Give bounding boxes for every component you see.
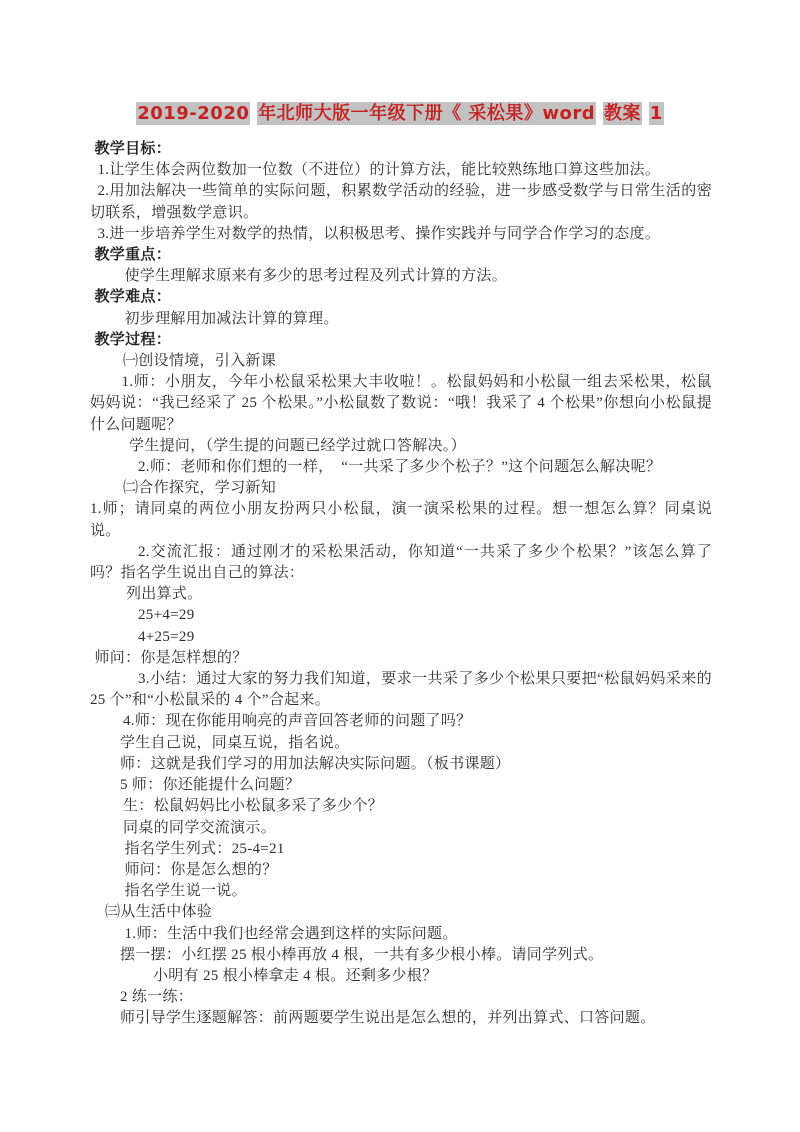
- paragraph: 同桌的同学交流演示。: [90, 818, 712, 839]
- paragraph: 学生提问，（学生提的问题已经学过就口答解决。）: [90, 436, 712, 457]
- document-body: 教学目标：1.让学生体会两位数加一位数（不进位）的计算方法，能比较熟练地口算这些…: [90, 139, 712, 1030]
- document-page: 2019-2020 年北师大版一年级下册《 采松果》word 教案 1 教学目标…: [0, 0, 800, 1132]
- paragraph: 生：松鼠妈妈比小松鼠多采了多少个？: [90, 796, 712, 817]
- paragraph: 使学生理解求原来有多少的思考过程及列式计算的方法。: [90, 266, 712, 287]
- section-heading: 教学过程：: [90, 330, 712, 351]
- title-segment: 1: [649, 102, 664, 125]
- paragraph: 2.交流汇报：通过刚才的采松果活动，你知道“一共采了多少个松果？”该怎么算了吗？…: [90, 542, 712, 584]
- paragraph: 指名学生列式：25-4=21: [90, 839, 712, 860]
- paragraph: ㈢从生活中体验: [90, 902, 712, 923]
- title-segment: 2019-2020: [136, 102, 250, 125]
- paragraph: 小明有 25 根小棒拿走 4 根。还剩多少根？: [90, 966, 712, 987]
- paragraph: 学生自己说，同桌互说，指名说。: [90, 733, 712, 754]
- paragraph: 1.让学生体会两位数加一位数（不进位）的计算方法，能比较熟练地口算这些加法。: [90, 160, 712, 181]
- paragraph: 师引导学生逐题解答：前两题要学生说出是怎么想的，并列出算式、口答问题。: [90, 1008, 712, 1029]
- section-heading: 教学难点：: [90, 287, 712, 308]
- paragraph: 4+25=29: [90, 627, 712, 648]
- paragraph: 1.师：小朋友，今年小松鼠采松果大丰收啦！。松鼠妈妈和小松鼠一组去采松果，松鼠妈…: [90, 372, 712, 436]
- paragraph: 师问：你是怎样想的？: [90, 648, 712, 669]
- paragraph: 2.师：老师和你们想的一样， “一共采了多少个松子？”这个问题怎么解决呢？: [90, 457, 712, 478]
- paragraph: 3.小结：通过大家的努力我们知道，要求一共采了多少个松果只要把“松鼠妈妈采来的 …: [90, 669, 712, 711]
- paragraph: ㈠创设情境，引入新课: [90, 351, 712, 372]
- paragraph: 摆一摆：小红摆 25 根小棒再放 4 根，一共有多少根小棒。请同学列式。: [90, 945, 712, 966]
- paragraph: 师问：你是怎么想的？: [90, 860, 712, 881]
- section-heading: 教学重点：: [90, 245, 712, 266]
- paragraph: 25+4=29: [90, 605, 712, 626]
- paragraph: 师：这就是我们学习的用加法解决实际问题。（板书课题）: [90, 754, 712, 775]
- document-title: 2019-2020 年北师大版一年级下册《 采松果》word 教案 1: [0, 0, 800, 127]
- paragraph: 指名学生说一说。: [90, 881, 712, 902]
- paragraph: 1.师：生活中我们也经常会遇到这样的实际问题。: [90, 924, 712, 945]
- title-segment: 年北师大版一年级下册《 采松果》word: [257, 102, 596, 125]
- paragraph: 4.师：现在你能用响亮的声音回答老师的问题了吗？: [90, 711, 712, 732]
- paragraph: 初步理解用加减法计算的算理。: [90, 309, 712, 330]
- paragraph: ㈡合作探究，学习新知: [90, 478, 712, 499]
- paragraph: 列出算式。: [90, 584, 712, 605]
- section-heading: 教学目标：: [90, 139, 712, 160]
- paragraph: 2.用加法解决一些简单的实际问题，积累数学活动的经验，进一步感受数学与日常生活的…: [90, 181, 712, 223]
- paragraph: 1.师；请同桌的两位小朋友扮两只小松鼠，演一演采松果的过程。想一想怎么算？同桌说…: [90, 499, 712, 541]
- paragraph: 2 练一练：: [90, 987, 712, 1008]
- paragraph: 3.进一步培养学生对数学的热情，以积极思考、操作实践并与同学合作学习的态度。: [90, 224, 712, 245]
- paragraph: 5 师：你还能提什么问题？: [90, 775, 712, 796]
- title-segment: 教案: [603, 102, 642, 125]
